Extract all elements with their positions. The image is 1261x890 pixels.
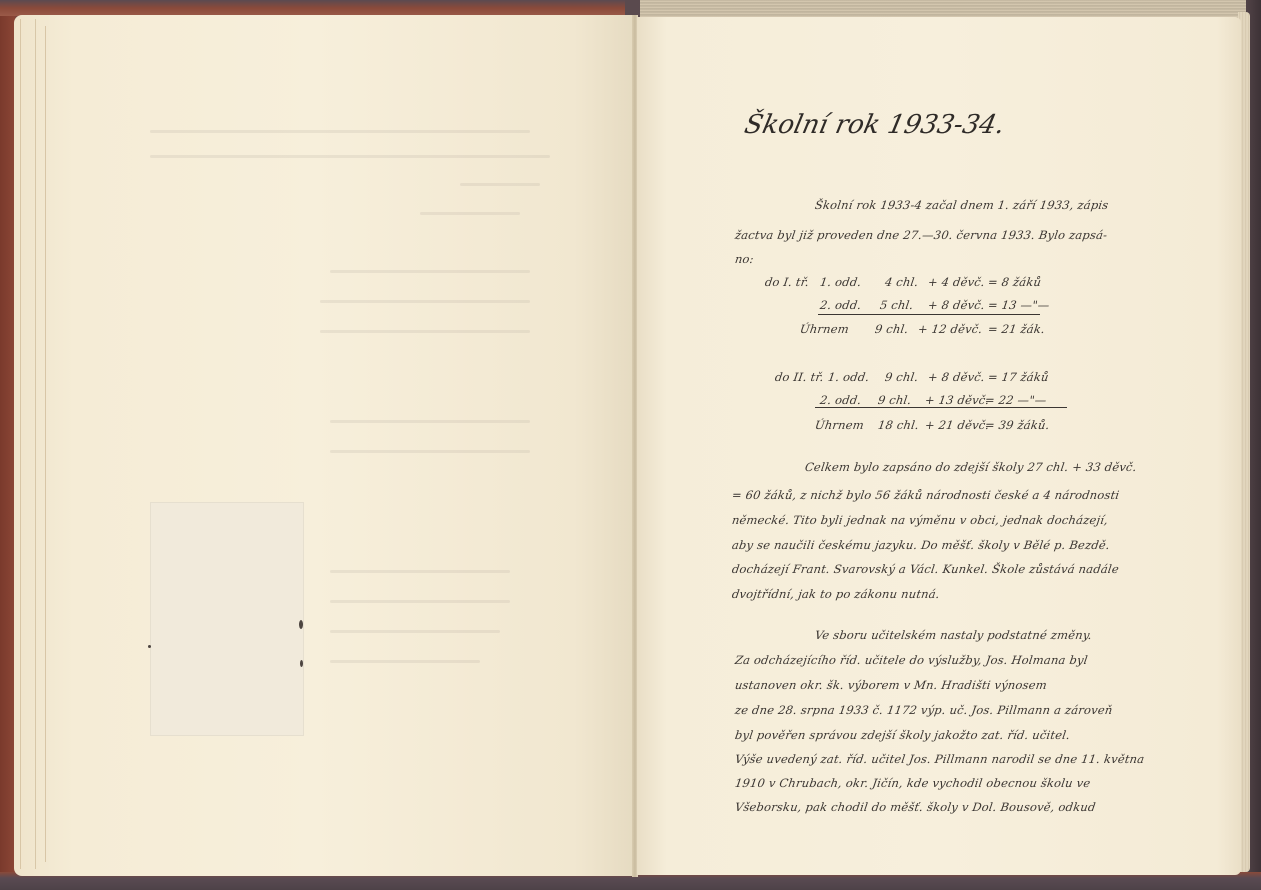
boys: 4 chl. bbox=[884, 275, 919, 289]
page-stack-top bbox=[640, 0, 1246, 18]
ink-speck bbox=[148, 645, 151, 648]
left-page bbox=[14, 15, 632, 876]
paragraph-line: docházejí Frant. Svarovský a Václ. Kunke… bbox=[731, 562, 1120, 576]
sum-label: Úhrnem bbox=[799, 322, 850, 336]
paragraph-line: aby se naučili českému jazyku. Do měšť. … bbox=[731, 538, 1111, 552]
paragraph-line: byl pověřen správou zdejší školy jakožto… bbox=[734, 728, 1071, 742]
paragraph-line: Školní rok 1933-4 začal dnem 1. září 193… bbox=[814, 198, 1109, 212]
sum-label: Úhrnem bbox=[814, 418, 865, 432]
show-through-line bbox=[330, 420, 530, 423]
ink-speck bbox=[299, 620, 303, 629]
class-label: do II. tř. bbox=[774, 370, 825, 384]
girls: + 8 děvč. bbox=[927, 370, 986, 384]
section: 1. odd. bbox=[819, 275, 862, 289]
sum-rule bbox=[815, 407, 1067, 408]
girls: + 8 děvč. bbox=[927, 298, 986, 312]
total: = 13 —"— bbox=[987, 298, 1050, 312]
paragraph-line: Celkem bylo zapsáno do zdejší školy 27 c… bbox=[804, 460, 1138, 474]
sum-rule bbox=[818, 314, 1040, 315]
show-through-line bbox=[330, 270, 530, 273]
paragraph-line: ustanoven okr. šk. výborem v Mn. Hradišt… bbox=[734, 678, 1048, 692]
show-through-line bbox=[330, 450, 530, 453]
left-page-edges bbox=[20, 19, 45, 869]
section: 1. odd. bbox=[827, 370, 870, 384]
boys: 9 chl. bbox=[877, 393, 912, 407]
show-through-line bbox=[330, 600, 510, 603]
paragraph-line: žactva byl již proveden dne 27.—30. červ… bbox=[734, 228, 1108, 242]
show-through-line bbox=[150, 130, 530, 133]
section: 2. odd. bbox=[819, 298, 862, 312]
paragraph-line: no: bbox=[734, 252, 755, 266]
paragraph-line: = 60 žáků, z nichž bylo 56 žáků národnos… bbox=[731, 488, 1120, 502]
girls: + 13 děvč. bbox=[924, 393, 990, 407]
ink-speck bbox=[300, 660, 303, 667]
show-through-line bbox=[150, 155, 550, 158]
total: = 17 žáků bbox=[987, 370, 1050, 384]
show-through-line bbox=[330, 660, 480, 663]
show-through-line bbox=[330, 630, 500, 633]
total: = 8 žáků bbox=[987, 275, 1042, 289]
paragraph-line: ze dne 28. srpna 1933 č. 1172 výp. uč. J… bbox=[734, 703, 1113, 717]
show-through-line bbox=[460, 183, 540, 186]
total: = 21 žák. bbox=[987, 322, 1046, 336]
paragraph-line: Všeborsku, pak chodil do měšť. školy v D… bbox=[734, 800, 1097, 814]
page-title: Školní rok 1933-34. bbox=[742, 110, 1008, 140]
paragraph-line: dvojtřídní, jak to po zákonu nutná. bbox=[731, 587, 941, 601]
right-page bbox=[637, 17, 1241, 875]
show-through-line bbox=[320, 300, 530, 303]
boys: 9 chl. bbox=[884, 370, 919, 384]
paragraph-line: 1910 v Chrubach, okr. Jičín, kde vychodi… bbox=[734, 776, 1091, 790]
paragraph-line: Výše uvedený zat. říd. učitel Jos. Pillm… bbox=[734, 752, 1145, 766]
show-through-line bbox=[320, 330, 530, 333]
girls: + 4 děvč. bbox=[927, 275, 986, 289]
paragraph-line: německé. Tito byli jednak na výměnu v ob… bbox=[731, 513, 1109, 527]
girls: + 21 děvč. bbox=[924, 418, 990, 432]
girls: + 12 děvč. bbox=[917, 322, 983, 336]
paragraph-line: Za odcházejícího říd. učitele do výslužb… bbox=[734, 653, 1089, 667]
faded-photo-outline bbox=[150, 502, 304, 736]
section: 2. odd. bbox=[819, 393, 862, 407]
boys: 18 chl. bbox=[877, 418, 920, 432]
total: = 39 žáků. bbox=[984, 418, 1050, 432]
total: = 22 —"— bbox=[984, 393, 1047, 407]
paragraph-line: Ve sboru učitelském nastaly podstatné zm… bbox=[814, 628, 1093, 642]
show-through-line bbox=[420, 212, 520, 215]
boys: 5 chl. bbox=[879, 298, 914, 312]
cover-top-edge bbox=[0, 0, 625, 16]
show-through-line bbox=[330, 570, 510, 573]
class-label: do I. tř. bbox=[764, 275, 810, 289]
boys: 9 chl. bbox=[874, 322, 909, 336]
